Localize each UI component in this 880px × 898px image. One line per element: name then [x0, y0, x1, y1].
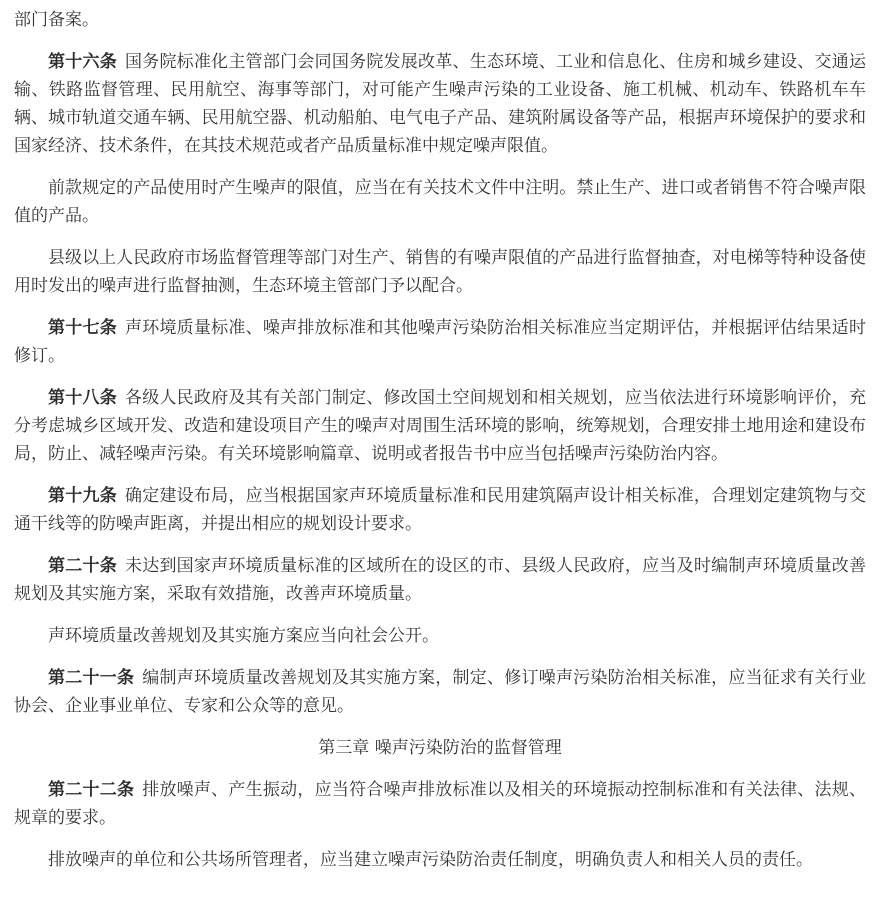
article-paragraph-17: 第十七条声环境质量标准、噪声排放标准和其他噪声污染防治相关标准应当定期评估，并根… [14, 314, 866, 370]
paragraph-text: 排放噪声的单位和公共场所管理者，应当建立噪声污染防治责任制度，明确负责人和相关人… [48, 850, 813, 870]
continuation-paragraph: 部门备案。 [14, 6, 866, 34]
article-number: 第十七条 [48, 318, 117, 338]
article-paragraph-21: 第二十一条编制声环境质量改善规划及其实施方案，制定、修订噪声污染防治相关标准，应… [14, 664, 866, 720]
paragraph-text: 前款规定的产品使用时产生噪声的限值，应当在有关技术文件中注明。禁止生产、进口或者… [14, 178, 866, 226]
article-number: 第二十二条 [48, 780, 134, 800]
paragraph-text: 县级以上人民政府市场监督管理等部门对生产、销售的有噪声限值的产品进行监督抽查，对… [14, 248, 866, 296]
article-text: 声环境质量标准、噪声排放标准和其他噪声污染防治相关标准应当定期评估，并根据评估结… [14, 318, 866, 366]
chapter-heading: 第三章 噪声污染防治的监督管理 [14, 734, 866, 762]
body-paragraph: 声环境质量改善规划及其实施方案应当向社会公开。 [14, 622, 866, 650]
body-paragraph: 排放噪声的单位和公共场所管理者，应当建立噪声污染防治责任制度，明确负责人和相关人… [14, 846, 866, 874]
article-number: 第十九条 [48, 486, 117, 506]
article-text: 确定建设布局，应当根据国家声环境质量标准和民用建筑隔声设计相关标准，合理划定建筑… [14, 486, 866, 534]
chapter-heading-text: 第三章 噪声污染防治的监督管理 [318, 738, 561, 758]
article-paragraph-16: 第十六条国务院标准化主管部门会同国务院发展改革、生态环境、工业和信息化、住房和城… [14, 48, 866, 160]
article-text: 编制声环境质量改善规划及其实施方案，制定、修订噪声污染防治相关标准，应当征求有关… [14, 668, 866, 716]
body-paragraph: 县级以上人民政府市场监督管理等部门对生产、销售的有噪声限值的产品进行监督抽查，对… [14, 244, 866, 300]
article-paragraph-19: 第十九条确定建设布局，应当根据国家声环境质量标准和民用建筑隔声设计相关标准，合理… [14, 482, 866, 538]
paragraph-text: 声环境质量改善规划及其实施方案应当向社会公开。 [48, 626, 439, 646]
article-number: 第十八条 [48, 388, 117, 408]
article-text: 国务院标准化主管部门会同国务院发展改革、生态环境、工业和信息化、住房和城乡建设、… [14, 52, 866, 156]
article-number: 第二十条 [48, 556, 117, 576]
article-number: 第十六条 [48, 52, 117, 72]
article-paragraph-18: 第十八条各级人民政府及其有关部门制定、修改国土空间规划和相关规划，应当依法进行环… [14, 384, 866, 468]
article-paragraph-20: 第二十条未达到国家声环境质量标准的区域所在的设区的市、县级人民政府，应当及时编制… [14, 552, 866, 608]
article-paragraph-22: 第二十二条排放噪声、产生振动，应当符合噪声排放标准以及相关的环境振动控制标准和有… [14, 776, 866, 832]
body-paragraph: 前款规定的产品使用时产生噪声的限值，应当在有关技术文件中注明。禁止生产、进口或者… [14, 174, 866, 230]
article-text: 各级人民政府及其有关部门制定、修改国土空间规划和相关规划，应当依法进行环境影响评… [14, 388, 866, 464]
law-document: 部门备案。 第十六条国务院标准化主管部门会同国务院发展改革、生态环境、工业和信息… [0, 0, 880, 898]
article-text: 排放噪声、产生振动，应当符合噪声排放标准以及相关的环境振动控制标准和有关法律、法… [14, 780, 866, 828]
paragraph-text: 部门备案。 [14, 10, 99, 30]
article-number: 第二十一条 [48, 668, 134, 688]
article-text: 未达到国家声环境质量标准的区域所在的设区的市、县级人民政府，应当及时编制声环境质… [14, 556, 866, 604]
